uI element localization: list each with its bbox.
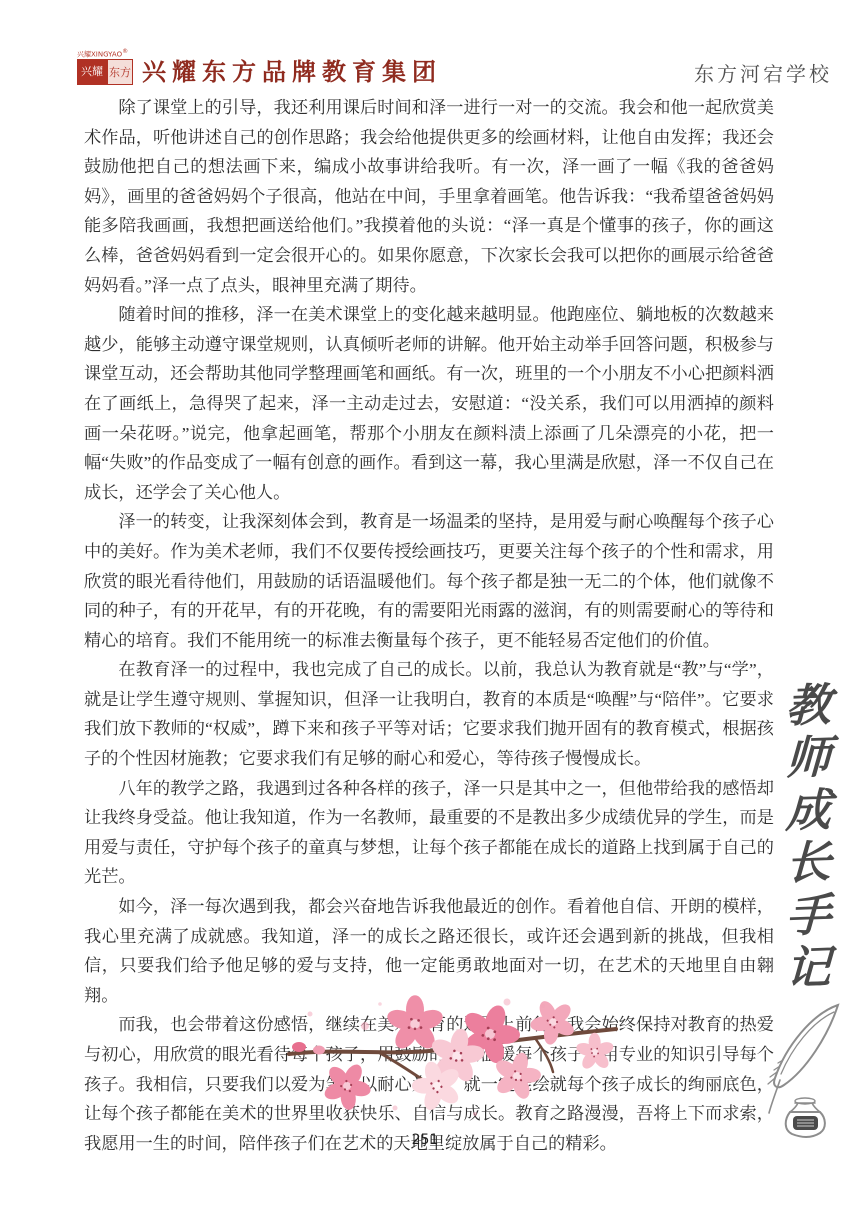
calligraphy-char: 长 [786,838,833,888]
calligraphy-char: 成 [786,786,833,836]
seal-right-text: 东方 [107,59,133,85]
feather-outline [774,1005,838,1087]
paragraph: 泽一的转变，让我深刻体会到，教育是一场温柔的坚持，是用爱与耐心唤醒每个孩子心中的… [84,507,774,655]
quill-pen-illustration [750,1000,846,1140]
paragraph: 八年的教学之路，我遇到过各种各样的孩子，泽一只是其中之一，但他带给我的感悟却让我… [84,774,774,892]
brand-logo-small-text: 兴耀XINGYAO® [77,48,137,58]
calligraphy-char: 记 [786,943,833,993]
calligraphy-char: 教 [786,681,833,731]
page-number: 251 [0,1132,850,1148]
registered-mark-icon: ® [122,48,128,55]
seal-left-text: 兴耀 [77,59,107,85]
vertical-calligraphy-title: 教 师 成 长 手 记 [776,682,842,992]
document-page: 兴耀XINGYAO® 兴耀 东方 兴耀东方品牌教育集团 东方河宕学校 除了课堂上… [0,0,850,1205]
paragraph: 随着时间的推移，泽一在美术课堂上的变化越来越明显。他跑座位、躺地板的次数越来越少… [84,300,774,507]
paragraph: 除了课堂上的引导，我还利用课后时间和泽一进行一对一的交流。我会和他一起欣赏美术作… [84,93,774,300]
calligraphy-char: 师 [786,734,833,784]
header-school-name: 东方河宕学校 [694,58,832,87]
paragraph: 在教育泽一的过程中，我也完成了自己的成长。以前，我总认为教育就是“教”与“学”，… [84,655,774,773]
brand-logo: 兴耀XINGYAO® 兴耀 东方 [77,48,137,85]
header-group-name: 兴耀东方品牌教育集团 [142,52,442,87]
brand-seal-icon: 兴耀 东方 [77,59,133,85]
cherry-blossom-illustration [285,992,620,1124]
calligraphy-char: 手 [786,891,833,941]
